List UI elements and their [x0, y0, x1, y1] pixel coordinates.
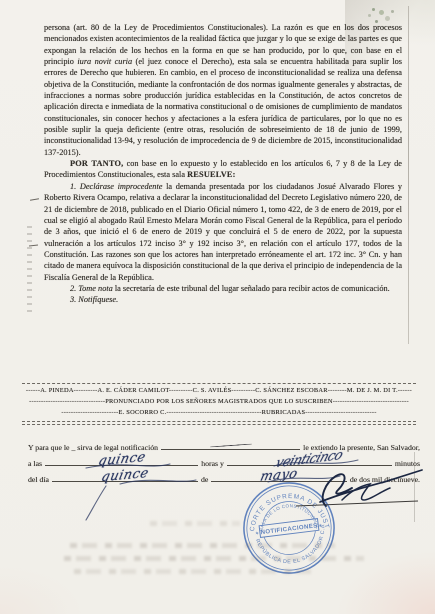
bleed-through-text — [150, 521, 240, 526]
notification-text: a las — [28, 459, 42, 468]
dashed-divider — [22, 383, 416, 384]
bleed-through-text — [74, 569, 319, 574]
paragraph-por-tanto: POR TANTO, con base en lo expuesto y lo … — [44, 158, 402, 181]
paragraph-text: la secretaría de este tribunal del lugar… — [113, 284, 390, 293]
magistrates-signature-block: ------A. PINEDA----------A. E. CÁDER CAM… — [22, 380, 416, 428]
stamp-star-left: ✶ — [255, 531, 260, 537]
magistrates-names-line: ------A. PINEDA----------A. E. CÁDER CAM… — [22, 386, 416, 397]
margin-pen-tick — [30, 198, 39, 200]
margin-pen-tick — [29, 245, 38, 247]
latin-phrase: iura novit curia — [77, 57, 132, 66]
body-text: persona (art. 80 de la Ley de Procedimie… — [44, 22, 402, 306]
stamp-star-right: ✶ — [318, 523, 323, 529]
handwritten-dash — [210, 444, 252, 448]
day-field: quince — [52, 472, 198, 482]
paragraph-text: (el juez conoce el Derecho), esta sala s… — [44, 57, 402, 157]
signature — [296, 460, 434, 518]
left-margin-scan-marks — [27, 226, 32, 312]
resuelve-label: RESUELVE: — [187, 170, 236, 179]
bleed-through-text — [70, 543, 335, 548]
hour-field: quince — [45, 456, 198, 466]
notifiquese-line: 3. Notifíquese. — [70, 295, 118, 304]
resolution-item-2: 2. Tome nota la secretaría de este tribu… — [44, 283, 402, 294]
notification-text: horas y — [201, 459, 224, 468]
resolution-2-heading: 2. Tome nota — [70, 284, 113, 293]
pronounced-by-line: --------------------------------PRONUNCI… — [22, 397, 416, 408]
scanned-document-page: persona (art. 80 de la Ley de Procedimie… — [0, 0, 435, 614]
corner-stain-speckles — [372, 8, 375, 11]
right-fold-line — [408, 6, 409, 344]
notification-text: de — [201, 475, 208, 484]
dashed-divider — [22, 424, 416, 425]
resolution-item-3: 3. Notifíquese. — [44, 294, 402, 305]
resolution-1-heading: 1. Declárase improcedente — [70, 182, 162, 191]
blank-field — [161, 440, 300, 450]
paragraph-continuation: persona (art. 80 de la Ley de Procedimie… — [44, 22, 402, 158]
handwritten-day: quince — [100, 466, 151, 485]
por-tanto-label: POR TANTO, — [70, 159, 123, 168]
paragraph-text: la demanda presentada por los ciudadanos… — [44, 182, 402, 282]
notification-line-1: Y para que le _ sirva de legal notificac… — [28, 440, 420, 456]
bleed-through-text — [64, 556, 364, 561]
resolution-item-1: 1. Declárase improcedente la demanda pre… — [44, 181, 402, 283]
notification-text: del día — [28, 475, 49, 484]
secretary-rubricadas-line: ------------------------E. SOCORRO C.---… — [22, 408, 416, 419]
dashed-divider — [22, 421, 416, 422]
